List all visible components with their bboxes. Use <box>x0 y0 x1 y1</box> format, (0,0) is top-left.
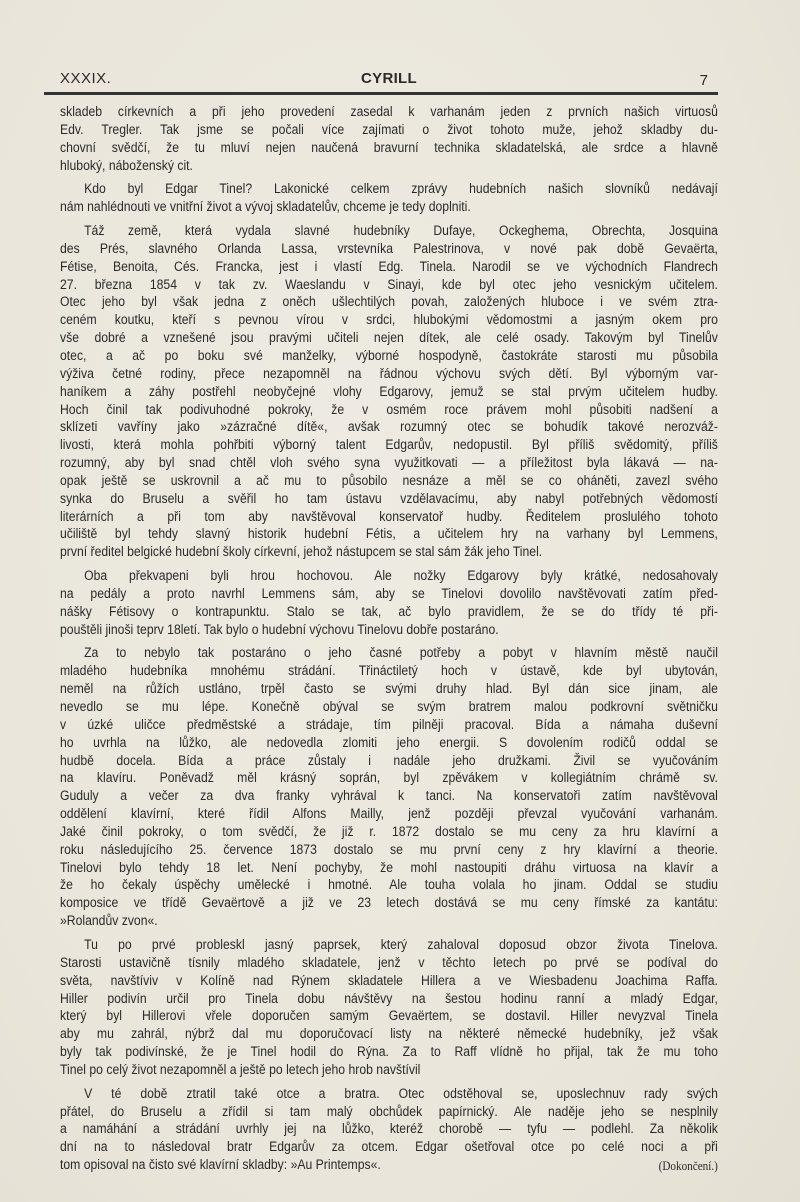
text-line: že ho čekaly úspěchy umělecké i hmotné. … <box>60 877 718 895</box>
text-line: byly tak podivínské, že je Tinel hodil d… <box>60 1044 718 1062</box>
text-line: otec, a ač po boku své manželky, výborné… <box>60 348 718 366</box>
text-line: »Rolandův zvon«. <box>60 913 718 931</box>
text-line: roku následujícího 25. července 1873 dos… <box>60 842 718 860</box>
text-line: aby mu zahrál, nýbrž dal mu doporučovací… <box>60 1026 718 1044</box>
text-line: literárních a při tom aby navštěvoval ko… <box>60 509 718 527</box>
text-line: Guduly a večer za dva franky vyhrával k … <box>60 788 718 806</box>
continuation-note: (Dokončení.) <box>659 1157 718 1175</box>
paragraph: Kdo byl Edgar Tinel? Lakonické celkem zp… <box>60 181 718 217</box>
header-rule <box>44 92 718 95</box>
text-line: výživa četné rodiny, přece nezapomněl na… <box>60 366 718 384</box>
text-line: nám nahlédnouti ve vnitřní život a vývoj… <box>60 199 718 217</box>
text-line: přátel, do Bruselu a zřídil si tam malý … <box>60 1104 718 1122</box>
text-line: 27. března 1854 v tak zv. Waeslandu v Si… <box>60 277 718 295</box>
text-line: nevedlo se mu lépe. Konečně obýval se sv… <box>60 699 718 717</box>
paragraph: Za to nebylo tak postaráno o jeho časné … <box>60 645 718 931</box>
text-line: tom opisoval na čisto své klavírní sklad… <box>60 1157 718 1175</box>
text-line: Oba překvapeni byli hrou hochovou. Ale n… <box>60 568 718 586</box>
text-line: Tu po prvé probleskl jasný paprsek, kter… <box>60 937 718 955</box>
text-line: Tinelovi bylo tehdy 18 let. Není pochyby… <box>60 860 718 878</box>
text-line: haníkem a záhy postřehl neobyčejné vlohy… <box>60 384 718 402</box>
text-line: rozumný, aby byl snad chtěl vloh svého s… <box>60 455 718 473</box>
text-line: a namáhání a strádání uvrhly jej na lůžk… <box>60 1121 718 1139</box>
text-line: hudbě docela. Bída a práce zůstaly i nad… <box>60 753 718 771</box>
scanned-page: XXXIX. CYRILL 7 skladeb církevních a při… <box>0 0 800 1202</box>
text-line: des Prés, slavného Orlanda Lassa, vrstev… <box>60 241 718 259</box>
journal-title: CYRILL <box>60 70 718 87</box>
text-line: neměl na růžích ustláno, trpěl často se … <box>60 681 718 699</box>
text-line: Starosti ustavičně tísnily mladého sklad… <box>60 955 718 973</box>
text-line: synka do Bruselu a svěřil ho tam ústavu … <box>60 491 718 509</box>
text-line: opak ještě se uskrovnil a ač mu to působ… <box>60 473 718 491</box>
text-line: hluboký, náboženský cit. <box>60 158 718 176</box>
text-line: nášky Fétisovy o kontrapunktu. Stalo se … <box>60 604 718 622</box>
text-line: Jaké činil pokroky, o tom svědčí, že již… <box>60 824 718 842</box>
text-line: na pedály a proto navrhl Lemmens sám, ab… <box>60 586 718 604</box>
text-line: skladeb církevních a při jeho provedení … <box>60 104 718 122</box>
text-line: chovní svědčí, že tu mluví nejen naučená… <box>60 140 718 158</box>
text-line: Otec jeho byl však jedna z oněch ušlecht… <box>60 294 718 312</box>
text-line: učiliště byl tehdy slavný historik hudeb… <box>60 526 718 544</box>
text-line: oddělení klavírní, které řídil Alfons Ma… <box>60 806 718 824</box>
text-line: Tinel po celý život nezapomněl a ještě p… <box>60 1062 718 1080</box>
text-line: ceném koutku, kteří s pevnou vírou v srd… <box>60 312 718 330</box>
article-body: skladeb církevních a při jeho provedení … <box>60 104 718 1175</box>
text-line: livosti, která mohla pohřbiti výborný ta… <box>60 437 718 455</box>
text-line: sklízeti vavříny jako »zázračné dítě«, a… <box>60 419 718 437</box>
text-line: vše dobré a vznešené jsou pravými učitel… <box>60 330 718 348</box>
running-header: XXXIX. CYRILL 7 <box>60 70 718 92</box>
text-line: V té době ztratil také otce a bratra. Ot… <box>60 1086 718 1104</box>
paragraph: Tu po prvé probleskl jasný paprsek, kter… <box>60 937 718 1080</box>
text-line: ho uvrhla na lůžko, ale nedovedla zlomit… <box>60 735 718 753</box>
paragraph: V té době ztratil také otce a bratra. Ot… <box>60 1086 718 1175</box>
text-line: na klavíru. Poněvadž měl krásný soprán, … <box>60 770 718 788</box>
text-line: Kdo byl Edgar Tinel? Lakonické celkem zp… <box>60 181 718 199</box>
text-line: komposice ve třídě Gevaërtově a již ve 2… <box>60 895 718 913</box>
text-line: první ředitel belgické hudební školy cír… <box>60 544 718 562</box>
text-line: který byl Hillerovi vřele doporučen samý… <box>60 1008 718 1026</box>
text-line: Hoch činil tak podivuhodné pokroky, že v… <box>60 402 718 420</box>
text-line: v úzké uličce předměstské a strádaje, tí… <box>60 717 718 735</box>
text-line: Fétise, Benoita, Cés. Francka, jest i vl… <box>60 259 718 277</box>
text-line: Edv. Tregler. Tak jsme se počali více za… <box>60 122 718 140</box>
text-line: Za to nebylo tak postaráno o jeho časné … <box>60 645 718 663</box>
text-line: světa, navštíviv v Kolíně nad Rýnem skla… <box>60 973 718 991</box>
paragraph: skladeb církevních a při jeho provedení … <box>60 104 718 175</box>
page-number: 7 <box>700 72 708 89</box>
paragraph: Oba překvapeni byli hrou hochovou. Ale n… <box>60 568 718 639</box>
text-line: pouštěli jinoši teprv 18letí. Tak bylo o… <box>60 622 718 640</box>
text-line: dní na to následoval bratr Edgarův za ot… <box>60 1139 718 1157</box>
text-line: mladého hudebníka mnohému strádání. Třin… <box>60 663 718 681</box>
text-line: Táž země, která vydala slavné hudebníky … <box>60 223 718 241</box>
paragraph: Táž země, která vydala slavné hudebníky … <box>60 223 718 562</box>
text-line: Hiller podivín určil pro Tinela dobu náv… <box>60 991 718 1009</box>
